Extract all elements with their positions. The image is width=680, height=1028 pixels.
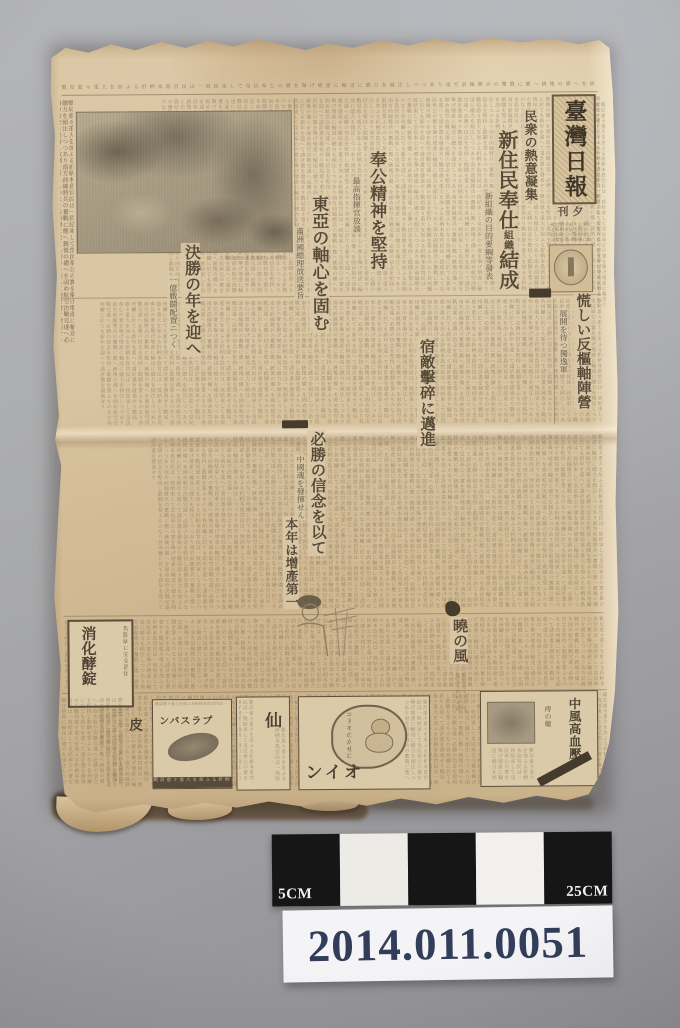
scale-segment-black: 25CM [544,832,613,905]
masthead-title: 臺灣日報 [557,99,591,199]
ad-sen-character: 仙 [259,711,284,728]
archival-photo-stage: 戰局愈々重大を加ふる折柄本島官民は一致結束して皇民奉公の實を擧げ增產に輸送に總力… [0,0,680,1028]
headline-shukuteki: 宿敵擊碎に邁進 [416,337,435,448]
newspaper-page: 戰局愈々重大を加ふる折柄本島官民は一致結束して皇民奉公の實を擧げ增產に輸送に總力… [43,32,620,818]
ad-hide-character: 皮 [124,717,144,731]
ad-text-filler: 戰局愈々重大を加ふる折柄本島官民は一致結束して皇民奉公の實を擧げ增產に輸送に總力… [62,697,123,787]
headline-kessho-subtitle: 一億戰鬪配置ニつく [167,275,178,349]
ad-stroke-text: 戰局愈々重大を加ふる折柄本島官民は一致結束して皇民奉公の實を擧げ增產に輸送に總力… [489,748,533,782]
ad-text-columns: 戰局愈々重大を加ふる折柄本島官民は一致結束して皇民奉公の實を擧げ增產に輸送に總力… [62,695,149,790]
page-running-head: 戰局愈々重大を加ふる折柄本島官民は一致結束して皇民奉公の實を擧げ增產に輸送に總力… [62,80,598,96]
ad-plasban-footer-bar: 戰局愈々重大を加ふる折柄本島官民は一致結束して皇民奉公の實を擧げ增產に輸送に總力… [153,777,231,789]
headline-hissho-shinnen: 必勝の信念を以て [307,430,326,556]
ad-plasban: 戰局愈々重大を加ふる折柄本島官民は一致結束して皇民奉公の實を擧げ增產に輸送に總力… [152,699,233,790]
section-label-chip [282,420,308,428]
section-label-chip [529,288,551,297]
headline-main: 新住民奉仕組織結成 [494,129,518,291]
headline-toa-subtitle: 滿洲國總理放送要旨 [294,226,305,300]
ad-digestive-small-text: 胃腸病に完全消化 [109,625,128,701]
headline-hokou-subtitle: 最高指揮官放談 [350,176,361,234]
ad-sen-text2: 戰局愈々重大を加ふる折柄本島官民は一致結束して皇民奉公の實を擧げ增產に輸送に總力… [273,727,285,785]
headline-kessho-no-toshi: 決勝の年を迎へ [181,243,200,357]
headline-toa-jikushin: 東亞の軸心を固む [308,194,329,332]
headline-han-sujiku: 慌しい反樞軸陣營 [573,292,591,410]
ad-sen-text: 戰局愈々重大を加ふる折柄本島官民は一致結束して皇民奉公の實を擧げ增產に輸送に總力… [239,700,254,786]
ad-digestive-product-name: 消化酵錠 [77,626,98,686]
scale-segment-white [340,833,409,906]
publication-info-lines: 戰局愈々重大を加ふる折柄本島官民は一致結束して皇民奉公の實を擧げ增產に輸送に總力… [551,222,595,242]
ad-oin-childrens-medicine: 戰局愈々重大を加ふる折柄本島官民は一致結束して皇民奉公の實を擧げ增產に輸送に總力… [298,695,431,790]
ad-plasban-bread-image [165,728,222,766]
left-margin-column: 戰局愈々重大を加ふる折柄本島官民は一致結束して皇民奉公の實を擧げ增產に輸送に總力… [60,100,75,346]
headline-hokou-seishin: 奉公精神を堅持 [366,150,387,271]
accession-number-card: 2014.011.0051 [282,905,613,982]
halftone-crowd-photo [76,110,293,254]
serial-byline: 戰局愈々重大を加ふる折柄本島官民は一致結束して皇民奉公の實を擧げ增產に輸送に總力… [454,673,466,715]
photographic-scale-bar: 5CM 25CM [272,832,613,907]
serial-novel-title: 曉の風 [449,617,467,664]
ad-stroke-photo [487,702,535,744]
ad-oin-right-text: 戰局愈々重大を加ふる折柄本島官民は一致結束して皇民奉公の實を擧げ增產に輸送に總力… [405,699,428,785]
headline-main-part1: 新住民奉仕 [495,130,518,230]
serial-title-ornament [445,601,460,616]
masthead-box: 臺灣日報 [552,94,597,204]
headline-main-inset: 組織 [501,230,512,250]
headline-hissho-subtitle: 中國魂を發揮せん [294,454,305,520]
scale-segment-black [408,833,477,906]
headline-kicker: 民衆の熱意凝集 [522,109,538,202]
ad-plasban-product-name: ンバスラプ [159,712,213,727]
ad-oin-baby-body [365,733,393,753]
body-text-filler: 戰局愈々重大を加ふる折柄本島官民は一致結束して皇民奉公の實を擧げ增產に輸送に總力… [61,298,602,428]
column-sketch-illustration [283,586,364,661]
ad-stroke-small-claim: 痔の藥 [539,705,551,775]
accession-number: 2014.011.0051 [307,916,588,972]
ad-stroke-hypertension: 戰局愈々重大を加ふる折柄本島官民は一致結束して皇民奉公の實を擧げ增產に輸送に總力… [480,690,599,787]
right-margin-column: 戰局愈々重大を加ふる折柄本島官民は一致結束して皇民奉公の實を擧げ增產に輸送に總力… [596,102,606,312]
ad-sen: 戰局愈々重大を加ふる折柄本島官民は一致結束して皇民奉公の實を擧げ增產に輸送に總力… [236,696,291,790]
ad-oin-balloon-text: コドモのかぜに [337,711,351,761]
scale-segment-black: 5CM [272,834,341,907]
ad-oin-product-name: ンイオ [305,758,364,783]
headline-main-subtitle: 新組織の目的要綱等發表 [482,191,493,281]
scale-label-5cm: 5CM [278,886,312,903]
headline-main-part2: 結成 [496,250,518,290]
photo-caption: 戰局愈々重大を加ふる折柄本島官民は一致結束して皇民奉公の實を擧げ增產に輸送に總力… [225,254,287,261]
scale-label-25cm: 25CM [566,884,608,901]
scale-segment-white [476,832,545,905]
edition-label: 刊夕 [556,206,588,220]
ad-stroke-headline: 中風高血壓 [565,697,583,760]
masthead-emblem-seal [549,244,593,292]
headline-han-sujiku-subtitle: 展開を待つ獨逸軍 [557,308,568,374]
ad-plasban-header: 戰局愈々重大を加ふる折柄本島官民は一致結束して皇民奉公の實を擧げ增產に輸送に總力… [155,701,227,708]
